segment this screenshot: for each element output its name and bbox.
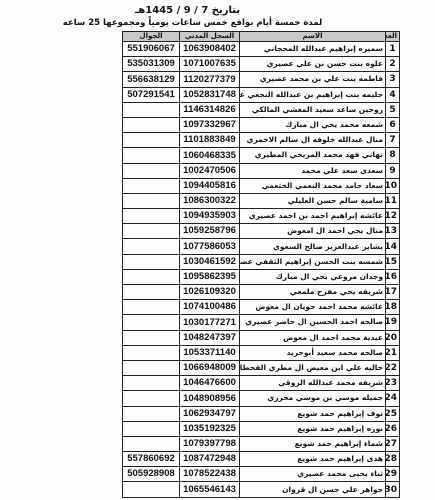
- row-mobile: [123, 254, 180, 269]
- row-mobile: [123, 269, 180, 284]
- row-civil-record: 1095862395: [180, 269, 240, 284]
- row-number: 21: [386, 345, 400, 360]
- row-civil-record: 1035192325: [180, 421, 240, 436]
- table-row: 1سميره إبراهيم عبدالله المحجاني106390840…: [123, 42, 400, 57]
- row-name: جميله موسي بن موسي محرزي: [240, 391, 386, 406]
- row-number: 29: [386, 467, 400, 482]
- row-mobile: [123, 239, 180, 254]
- row-mobile: [123, 330, 180, 345]
- row-name: سعدى سعد علي محمد: [240, 163, 386, 178]
- row-mobile: [123, 285, 180, 300]
- table-row: 17شريفه يحي مفرح ملمعي1026109320: [123, 285, 400, 300]
- table-row: 19صالحه احمد الحسين ال حاضر عصيري1030177…: [123, 315, 400, 330]
- row-number: 2: [386, 57, 400, 72]
- row-civil-record: 1079397798: [180, 436, 240, 451]
- row-mobile: [123, 224, 180, 239]
- row-number: 27: [386, 436, 400, 451]
- row-civil-record: 1087472948: [180, 452, 240, 467]
- row-mobile: [123, 421, 180, 436]
- row-civil-record: 1002470506: [180, 163, 240, 178]
- row-name: شريفه يحي مفرح ملمعي: [240, 285, 386, 300]
- table-row: 30جواهر علي حسن ال قروان1065546143: [123, 482, 400, 497]
- scanned-document-page: بتاريخ 7 / 9 / 1445هـ لمدة خمسة أيام بوا…: [0, 0, 435, 500]
- row-civil-record: 1094935903: [180, 209, 240, 224]
- table-row: 14بشاير عبدالعزيز صالح السعوي1077586053: [123, 239, 400, 254]
- row-number: 5: [386, 102, 400, 117]
- table-row: 8تهاني فهد محمد المريخي المطيري106046833…: [123, 148, 400, 163]
- row-mobile: [123, 406, 180, 421]
- row-civil-record: 1120277379: [180, 72, 240, 87]
- table-row: 28هدى إبراهيم حمد شويع108747294855786069…: [123, 452, 400, 467]
- row-civil-record: 1052831748: [180, 87, 240, 102]
- row-number: 9: [386, 163, 400, 178]
- row-number: 22: [386, 360, 400, 375]
- table-row: 2علوه بنت حسن بن علي عصيري10710076355350…: [123, 57, 400, 72]
- row-civil-record: 1048908956: [180, 391, 240, 406]
- row-mobile: [123, 482, 180, 497]
- row-civil-record: 1077586053: [180, 239, 240, 254]
- row-name: سعاد حامد محمد النعمي الخثعمي: [240, 178, 386, 193]
- row-mobile: 551906067: [123, 42, 180, 57]
- row-civil-record: 1071007635: [180, 57, 240, 72]
- row-civil-record: 1059258796: [180, 224, 240, 239]
- row-civil-record: 1097332967: [180, 117, 240, 132]
- table-row: 5روجين ساعد سعيد المغشي المالكي114631482…: [123, 102, 400, 117]
- row-mobile: 535031309: [123, 57, 180, 72]
- row-number: 17: [386, 285, 400, 300]
- row-mobile: 505928908: [123, 467, 180, 482]
- row-name: عيدية محمد احمد ال معوض: [240, 330, 386, 345]
- row-mobile: [123, 300, 180, 315]
- row-mobile: [123, 117, 180, 132]
- row-mobile: 507291541: [123, 87, 180, 102]
- row-number: 7: [386, 133, 400, 148]
- row-name: سامية سالم حسن العليلي: [240, 193, 386, 208]
- row-civil-record: 1074100486: [180, 300, 240, 315]
- header-civil-record: السجل المدني: [180, 32, 240, 42]
- row-civil-record: 1063908402: [180, 42, 240, 57]
- row-mobile: [123, 163, 180, 178]
- row-civil-record: 1030177271: [180, 315, 240, 330]
- row-name: هدى إبراهيم حمد شويع: [240, 452, 386, 467]
- row-civil-record: 1086300322: [180, 193, 240, 208]
- table-row: 25نوف إبراهيم حمد شويع1062934797: [123, 406, 400, 421]
- row-name: شمسه بنت الحسن إبراهيم الثقفي عصيري: [240, 254, 386, 269]
- row-name: سميره إبراهيم عبدالله المحجاني: [240, 42, 386, 57]
- table-row: 23شريفه محمد عبدالله الروقي1046476600: [123, 376, 400, 391]
- row-mobile: [123, 436, 180, 451]
- table-row: 16وجدان مروعي يحي ال مبارك1095862395: [123, 269, 400, 284]
- table-row: 22حاليه علي ابن معيض ال مطري القحطاني106…: [123, 360, 400, 375]
- table-row: 4حليمه بنت إبراهيم بن عبدالله النجعي عصي…: [123, 87, 400, 102]
- row-mobile: [123, 391, 180, 406]
- row-civil-record: 1048247397: [180, 330, 240, 345]
- row-name: جواهر علي حسن ال قروان: [240, 482, 386, 497]
- row-name: نوف إبراهيم حمد شويع: [240, 406, 386, 421]
- row-name: بشاير عبدالعزيز صالح السعوي: [240, 239, 386, 254]
- row-number: 6: [386, 117, 400, 132]
- row-mobile: [123, 178, 180, 193]
- row-mobile: 556638129: [123, 72, 180, 87]
- table-header-row: العدد الاسم السجل المدني الجوال: [123, 32, 400, 42]
- row-number: 8: [386, 148, 400, 163]
- header-number: العدد: [386, 32, 400, 42]
- row-civil-record: 1065546143: [180, 482, 240, 497]
- table-row: 18عائشه محمد احمد حويان ال معوض107410048…: [123, 300, 400, 315]
- table-row: 11سامية سالم حسن العليلي1086300322: [123, 193, 400, 208]
- header-mobile: الجوال: [123, 32, 180, 42]
- row-mobile: [123, 209, 180, 224]
- row-name: صالحه احمد الحسين ال حاضر عصيري: [240, 315, 386, 330]
- table-row: 29ثناء يحيى محمد عصيري107852243850592890…: [123, 467, 400, 482]
- document-subtitle: لمدة خمسة أيام بواقع خمس ساعات يومياً وم…: [0, 18, 435, 29]
- attendee-table: العدد الاسم السجل المدني الجوال 1سميره إ…: [122, 31, 400, 498]
- row-name: ثناء يحيى محمد عصيري: [240, 467, 386, 482]
- row-name: عائشه إبراهيم احمد بن احمد عصيري: [240, 209, 386, 224]
- table-row: 20عيدية محمد احمد ال معوض1048247397: [123, 330, 400, 345]
- table-row: 7منال عبدالله خلوفه ال سالم الاحمري11018…: [123, 133, 400, 148]
- row-civil-record: 1146314826: [180, 102, 240, 117]
- row-civil-record: 1101883849: [180, 133, 240, 148]
- row-civil-record: 1066948009: [180, 360, 240, 375]
- table-row: 12عائشه إبراهيم احمد بن احمد عصيري109493…: [123, 209, 400, 224]
- row-number: 14: [386, 239, 400, 254]
- row-number: 10: [386, 178, 400, 193]
- row-mobile: [123, 193, 180, 208]
- row-civil-record: 1053371140: [180, 345, 240, 360]
- row-number: 13: [386, 224, 400, 239]
- row-name: حاليه علي ابن معيض ال مطري القحطاني: [240, 360, 386, 375]
- row-mobile: [123, 345, 180, 360]
- row-name: روجين ساعد سعيد المغشي المالكي: [240, 102, 386, 117]
- row-number: 23: [386, 376, 400, 391]
- table-row: 27شماء إبراهيم حمد شويع1079397798: [123, 436, 400, 451]
- row-mobile: 557860692: [123, 452, 180, 467]
- row-name: صالحه محمد سعيد أبوحريد: [240, 345, 386, 360]
- row-civil-record: 1094405816: [180, 178, 240, 193]
- table-row: 26نوره إبراهيم حمد شويع1035192325: [123, 421, 400, 436]
- row-civil-record: 1062934797: [180, 406, 240, 421]
- row-number: 15: [386, 254, 400, 269]
- row-number: 19: [386, 315, 400, 330]
- table-row: 9سعدى سعد علي محمد1002470506: [123, 163, 400, 178]
- row-civil-record: 1030461592: [180, 254, 240, 269]
- row-mobile: [123, 102, 180, 117]
- row-mobile: [123, 360, 180, 375]
- table-row: 13منال يحي احمد ال امعوض1059258796: [123, 224, 400, 239]
- row-number: 11: [386, 193, 400, 208]
- row-number: 28: [386, 452, 400, 467]
- row-name: تهاني فهد محمد المريخي المطيري: [240, 148, 386, 163]
- table-row: 15شمسه بنت الحسن إبراهيم الثقفي عصيري103…: [123, 254, 400, 269]
- row-number: 4: [386, 87, 400, 102]
- document-date-title: بتاريخ 7 / 9 / 1445هـ: [0, 5, 435, 17]
- table-row: 3فاطمه بنت علي بن محمد عصيري112027737955…: [123, 72, 400, 87]
- row-name: فاطمه بنت علي بن محمد عصيري: [240, 72, 386, 87]
- row-number: 20: [386, 330, 400, 345]
- row-number: 12: [386, 209, 400, 224]
- table-row: 21صالحه محمد سعيد أبوحريد1053371140: [123, 345, 400, 360]
- row-name: وجدان مروعي يحي ال مبارك: [240, 269, 386, 284]
- row-name: شمعه محمد يحي ال مبارك: [240, 117, 386, 132]
- row-name: منال عبدالله خلوفه ال سالم الاحمري: [240, 133, 386, 148]
- row-number: 3: [386, 72, 400, 87]
- row-name: شماء إبراهيم حمد شويع: [240, 436, 386, 451]
- row-mobile: [123, 315, 180, 330]
- row-number: 1: [386, 42, 400, 57]
- row-number: 16: [386, 269, 400, 284]
- table-body: 1سميره إبراهيم عبدالله المحجاني106390840…: [123, 42, 400, 498]
- row-civil-record: 1060468335: [180, 148, 240, 163]
- row-number: 25: [386, 406, 400, 421]
- row-name: منال يحي احمد ال امعوض: [240, 224, 386, 239]
- row-name: علوه بنت حسن بن علي عصيري: [240, 57, 386, 72]
- row-name: نوره إبراهيم حمد شويع: [240, 421, 386, 436]
- row-number: 24: [386, 391, 400, 406]
- row-mobile: [123, 133, 180, 148]
- row-number: 30: [386, 482, 400, 497]
- table-row: 24جميله موسي بن موسي محرزي1048908956: [123, 391, 400, 406]
- row-number: 26: [386, 421, 400, 436]
- row-name: حليمه بنت إبراهيم بن عبدالله النجعي عصير…: [240, 87, 386, 102]
- table-row: 10سعاد حامد محمد النعمي الخثعمي109440581…: [123, 178, 400, 193]
- row-name: عائشه محمد احمد حويان ال معوض: [240, 300, 386, 315]
- row-civil-record: 1026109320: [180, 285, 240, 300]
- row-mobile: [123, 148, 180, 163]
- row-name: شريفه محمد عبدالله الروقي: [240, 376, 386, 391]
- row-civil-record: 1078522438: [180, 467, 240, 482]
- table-row: 6شمعه محمد يحي ال مبارك1097332967: [123, 117, 400, 132]
- row-civil-record: 1046476600: [180, 376, 240, 391]
- row-mobile: [123, 376, 180, 391]
- row-number: 18: [386, 300, 400, 315]
- header-name: الاسم: [240, 32, 386, 42]
